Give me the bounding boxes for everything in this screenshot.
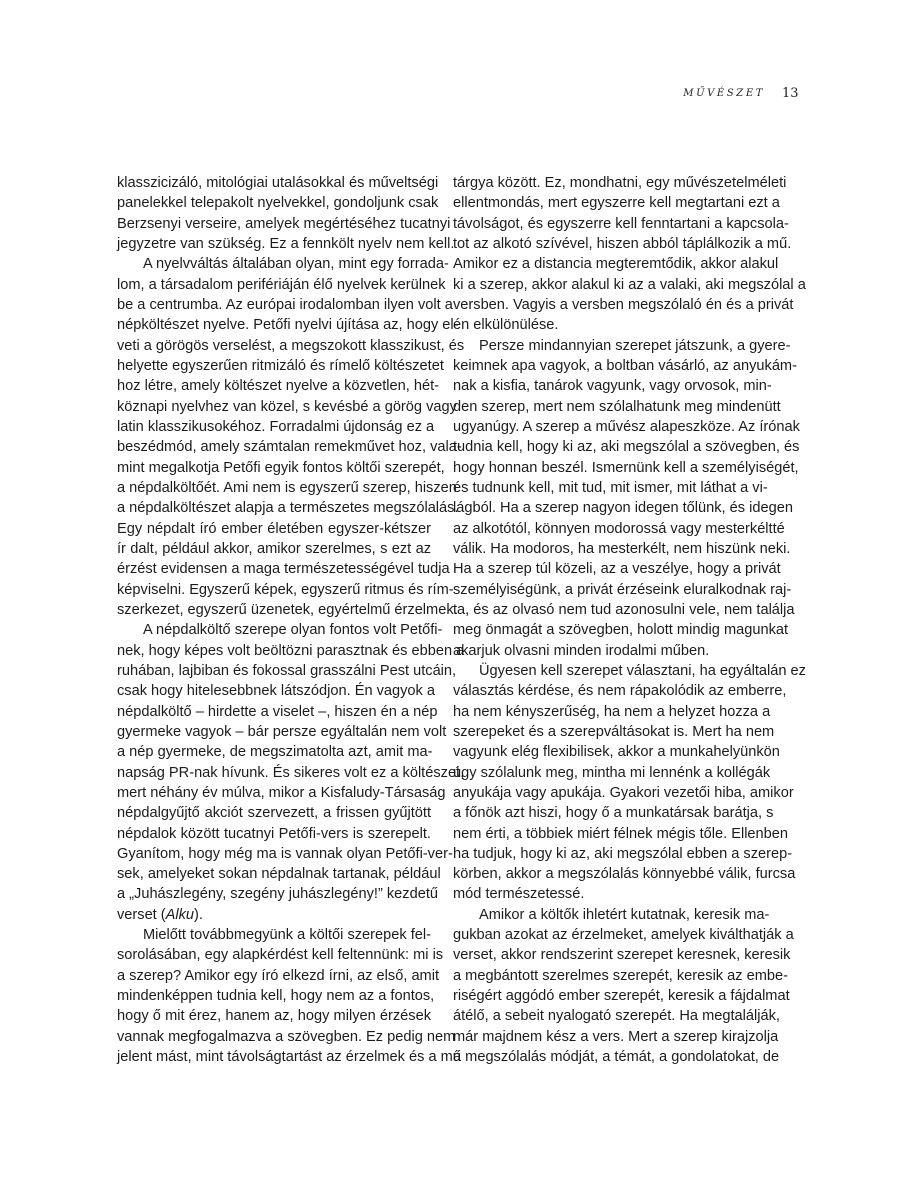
- text-line: népdalok között tucatnyi Petőfi-vers is …: [117, 824, 431, 844]
- text-line: körben, akkor a megszólalás könnyebbé vá…: [453, 864, 767, 884]
- text-line: akarjuk olvasni minden irodalmi műben.: [453, 641, 767, 661]
- text-line: hogy ő mit érez, hanem az, hogy milyen é…: [117, 1006, 431, 1026]
- text-line: jegyzetre van szükség. Ez a fennkölt nye…: [117, 234, 431, 254]
- text-line: tot az alkotó szívével, hiszen abból táp…: [453, 234, 767, 254]
- text-line: sorolásában, egy alapkérdést kell felten…: [117, 945, 431, 965]
- text-line: a népdalköltőét. Ami nem is egyszerű sze…: [117, 478, 431, 498]
- text-line: a szerep? Amikor egy író elkezd írni, az…: [117, 966, 431, 986]
- text-line: den szerep, mert nem szólalhatunk meg mi…: [453, 397, 767, 417]
- text-line: A népdalköltő szerepe olyan fontos volt …: [117, 620, 431, 640]
- text-line: Gyanítom, hogy még ma is vannak olyan Pe…: [117, 844, 431, 864]
- text-line: ta, és az olvasó nem tud azonosulni vele…: [453, 600, 767, 620]
- text-line: Egy népdalt író ember életében egyszer-k…: [117, 519, 431, 539]
- text-line: veti a görögös verselést, a megszokott k…: [117, 336, 431, 356]
- italic-title: Alku: [166, 907, 194, 923]
- text-line: mód természetessé.: [453, 884, 767, 904]
- text-line: úgy szólalunk meg, mintha mi lennénk a k…: [453, 763, 767, 783]
- text-line: hogy honnan beszél. Ismernünk kell a sze…: [453, 458, 767, 478]
- text-line: A nyelvváltás általában olyan, mint egy …: [117, 254, 431, 274]
- text-line: vagyunk elég flexibilisek, akkor a munka…: [453, 742, 767, 762]
- text-line: személyiségünk, a privát érzéseink elura…: [453, 580, 767, 600]
- text-line: lágból. Ha a szerep nagyon idegen tőlünk…: [453, 498, 767, 518]
- text-line: latin klasszikusokéhoz. Forradalmi újdon…: [117, 417, 431, 437]
- text-line: Berzsenyi verseire, amelyek megértéséhez…: [117, 214, 431, 234]
- text-line: gyermeke vagyok – bár persze egyáltalán …: [117, 722, 431, 742]
- text-line: Persze mindannyian szerepet játszunk, a …: [453, 336, 767, 356]
- text-line: szerepeket és a szerepváltásokat is. Mer…: [453, 722, 767, 742]
- text-line: versben. Vagyis a versben megszólaló én …: [453, 295, 767, 315]
- text-line: ki a szerep, akkor alakul ki az a valaki…: [453, 275, 767, 295]
- page-number: 13: [782, 86, 799, 101]
- text-line: Ügyesen kell szerepet választani, ha egy…: [453, 661, 767, 681]
- text-line: átélő, a sebeit nyalogató szerepét. Ha m…: [453, 1006, 767, 1026]
- text-line: meg önmagát a szövegben, holott mindig m…: [453, 620, 767, 640]
- text-line: nek, hogy képes volt beöltözni parasztna…: [117, 641, 431, 661]
- text-line: lom, a társadalom perifériáján élő nyelv…: [117, 275, 431, 295]
- text-line: az alkotótól, könnyen modorossá vagy mes…: [453, 519, 767, 539]
- text-line: nem érti, a többiek miért félnek mégis t…: [453, 824, 767, 844]
- text-line: a népdalköltészet alapja a természetes m…: [117, 498, 431, 518]
- text-line: keimnek apa vagyok, a boltban vásárló, a…: [453, 356, 767, 376]
- text-line: Ha a szerep túl közeli, az a veszélye, h…: [453, 559, 767, 579]
- text-line: népdalgyűjtő akciót szervezett, a frisse…: [117, 803, 431, 823]
- text-line: mint megalkotja Petőfi egyik fontos költ…: [117, 458, 431, 478]
- text-line: helyette egyszerűen ritmizáló és rímelő …: [117, 356, 431, 376]
- text-line: vannak megfogalmazva a szövegben. Ez ped…: [117, 1027, 431, 1047]
- text-line: válik. Ha modoros, ha mesterkélt, nem hi…: [453, 539, 767, 559]
- right-column: tárgya között. Ez, mondhatni, egy művész…: [453, 173, 767, 1067]
- text-line: köznapi nyelvhez van közel, s kevésbé a …: [117, 397, 431, 417]
- text-line: Mielőtt továbbmegyünk a költői szerepek …: [117, 925, 431, 945]
- text-line: választás kérdése, és nem rápakolódik az…: [453, 681, 767, 701]
- text-line: anyukája vagy apukája. Gyakori vezetői h…: [453, 783, 767, 803]
- text-line: érzést evidensen a maga természetességév…: [117, 559, 431, 579]
- text-line: ír dalt, például akkor, amikor szerelmes…: [117, 539, 431, 559]
- text-line: Amikor ez a distancia megteremtődik, akk…: [453, 254, 767, 274]
- text-line: tárgya között. Ez, mondhatni, egy művész…: [453, 173, 767, 193]
- text-line: nak a kisfia, tanárok vagyunk, vagy orvo…: [453, 376, 767, 396]
- text-line: jelent mást, mint távolságtartást az érz…: [117, 1047, 431, 1067]
- text-line: ha tudjuk, hogy ki az, aki megszólal ebb…: [453, 844, 767, 864]
- text-line: riségért aggódó ember szerepét, keresik …: [453, 986, 767, 1006]
- text-line: a „Juhászlegény, szegény juhászlegény!” …: [117, 884, 431, 904]
- text-line: a megbántott szerelmes szerepét, keresik…: [453, 966, 767, 986]
- text-line: ha nem kényszerűség, ha nem a helyzet ho…: [453, 702, 767, 722]
- text-line: távolságot, és egyszerre kell fenntartan…: [453, 214, 767, 234]
- text-line: már majdnem kész a vers. Mert a szerep k…: [453, 1027, 767, 1047]
- text-line: klasszicizáló, mitológiai utalásokkal és…: [117, 173, 431, 193]
- text-line: panelekkel telepakolt nyelvekkel, gondol…: [117, 193, 431, 213]
- text-line: mindenképpen tudnia kell, hogy nem az a …: [117, 986, 431, 1006]
- text-line: csak hogy hitelesebbnek látszódjon. Én v…: [117, 681, 431, 701]
- left-column: klasszicizáló, mitológiai utalásokkal és…: [117, 173, 431, 1067]
- text-line: ruhában, lajbiban és fokossal grasszálni…: [117, 661, 431, 681]
- text-line: napság PR-nak hívunk. És sikeres volt ez…: [117, 763, 431, 783]
- text-line: verset, akkor rendszerint szerepet keres…: [453, 945, 767, 965]
- book-page: MŰVÉSZET 13 klasszicizáló, mitológiai ut…: [0, 0, 905, 1200]
- text-line: a nép gyermeke, de megszimatolta azt, am…: [117, 742, 431, 762]
- text-line: beszédmód, amely számtalan remekművet ho…: [117, 437, 431, 457]
- text-line: szerkezet, egyszerű üzenetek, egyértelmű…: [117, 600, 431, 620]
- text-line: én elkülönülése.: [453, 315, 767, 335]
- text-line: népdalköltő – hirdette a viselet –, hisz…: [117, 702, 431, 722]
- text-line: sek, amelyeket sokan népdalnak tartanak,…: [117, 864, 431, 884]
- running-head: MŰVÉSZET: [683, 88, 765, 99]
- text-line: és tudnunk kell, mit tud, mit ismer, mit…: [453, 478, 767, 498]
- text-line: ellentmondás, mert egyszerre kell megtar…: [453, 193, 767, 213]
- text-line: verset (Alku).: [117, 905, 431, 925]
- text-line: a megszólalás módját, a témát, a gondola…: [453, 1047, 767, 1067]
- text-line: képviselni. Egyszerű képek, egyszerű rit…: [117, 580, 431, 600]
- text-line: be a centrumba. Az európai irodalomban i…: [117, 295, 431, 315]
- text-line: gukban azokat az érzelmeket, amelyek kiv…: [453, 925, 767, 945]
- text-line: mert néhány év múlva, mikor a Kisfaludy-…: [117, 783, 431, 803]
- text-line: Amikor a költők ihletért kutatnak, keres…: [453, 905, 767, 925]
- text-line: népköltészet nyelve. Petőfi nyelvi újítá…: [117, 315, 431, 335]
- text-line: hoz létre, amely költészet nyelve a közv…: [117, 376, 431, 396]
- text-line: ugyanúgy. A szerep a művész alapeszköze.…: [453, 417, 767, 437]
- text-line: tudnia kell, hogy ki az, aki megszólal a…: [453, 437, 767, 457]
- text-line: a főnök azt hiszi, hogy ő a munkatársak …: [453, 803, 767, 823]
